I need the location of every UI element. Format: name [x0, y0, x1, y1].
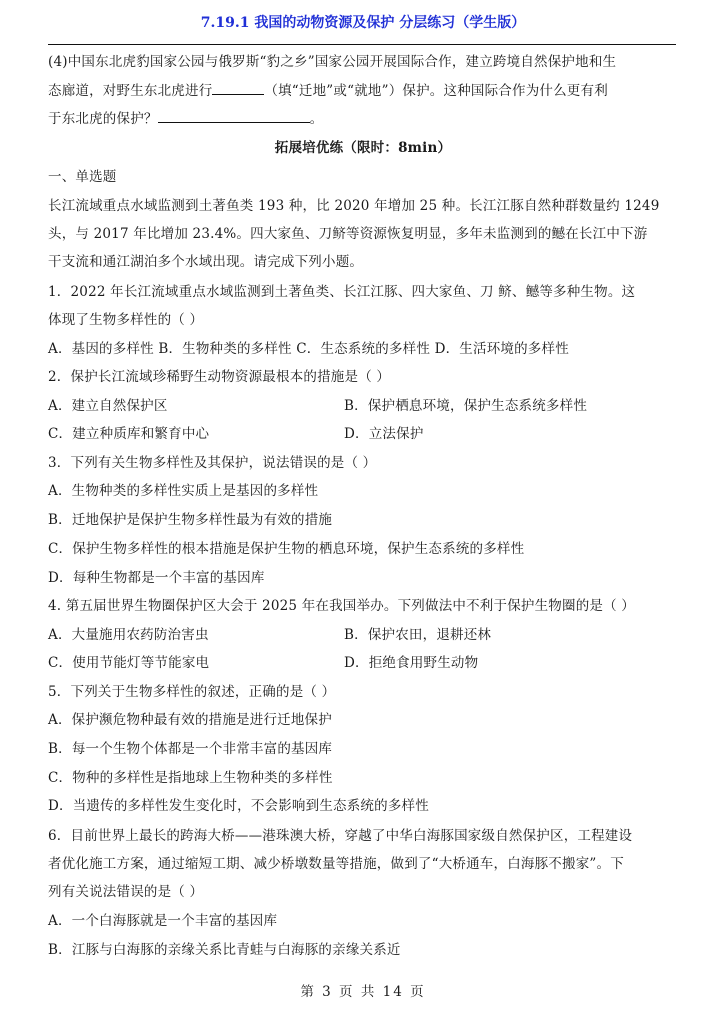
- passage-line: 干支流和通江湖泊多个水域出现。请完成下列小题。: [48, 252, 678, 272]
- header-rule: [48, 44, 676, 45]
- question-3-option-d: D．每种生物都是一个丰富的基因库: [48, 568, 678, 588]
- question-5-option-c: C．物种的多样性是指地球上生物种类的多样性: [48, 768, 678, 788]
- question-6-option-b: B．江豚与白海豚的亲缘关系比青蛙与白海豚的亲缘关系近: [48, 940, 678, 960]
- question-3-option-b: B．迁地保护是保护生物多样性最为有效的措施: [48, 510, 678, 530]
- prior-question-text: 于东北虎的保护？: [48, 111, 158, 127]
- question-3-option-c: C．保护生物多样性的根本措施是保护生物的栖息环境，保护生态系统的多样性: [48, 539, 678, 559]
- prior-question-text: （填“迁地”或“就地”）保护。这种国际合作为什么更有利: [264, 83, 608, 99]
- question-5-option-b: B．每一个生物个体都是一个非常丰富的基因库: [48, 739, 678, 759]
- question-1-options: A．基因的多样性 B．生物种类的多样性 C．生态系统的多样性 D．生活环境的多样…: [48, 339, 678, 359]
- question-6-stem: 者优化施工方案，通过缩短工期、减少桥墩数量等措施，做到了“大桥通车，白海豚不搬家…: [48, 854, 678, 874]
- answer-blank-2[interactable]: [158, 108, 310, 123]
- prior-question-line-3: 于东北虎的保护？。: [48, 108, 678, 129]
- answer-blank-1[interactable]: [212, 80, 264, 95]
- passage-line: 长江流域重点水域监测到土著鱼类 193 种，比 2020 年增加 25 种。长江…: [48, 196, 678, 216]
- question-4-option-d: D．拒绝食用野生动物: [344, 653, 674, 673]
- question-6-option-a: A．一个白海豚就是一个丰富的基因库: [48, 911, 678, 931]
- question-2-option-d: D．立法保护: [344, 424, 674, 444]
- question-3-stem: 3．下列有关生物多样性及其保护，说法错误的是（ ）: [48, 453, 678, 473]
- question-1-stem: 体现了生物多样性的（ ）: [48, 310, 678, 330]
- question-6-stem: 6．目前世界上最长的跨海大桥——港珠澳大桥，穿越了中华白海豚国家级自然保护区，工…: [48, 826, 678, 846]
- question-4-option-b: B．保护农田，退耕还林: [344, 625, 674, 645]
- passage-line: 头，与 2017 年比增加 23.4%。四大家鱼、刀鲚等资源恢复明显，多年未监测…: [48, 224, 678, 244]
- page-title: 7.19.1 我国的动物资源及保护 分层练习（学生版）: [0, 12, 726, 34]
- question-5-option-a: A．保护濒危物种最有效的措施是进行迁地保护: [48, 710, 678, 730]
- section-heading: 拓展培优练（限时：8min）: [0, 138, 726, 158]
- prior-question-line-2: 态廊道，对野生东北虎进行（填“迁地”或“就地”）保护。这种国际合作为什么更有利: [48, 80, 678, 101]
- question-6-stem: 列有关说法错误的是（ ）: [48, 882, 678, 902]
- page-indicator: 第 3 页 共 14 页: [0, 982, 726, 1002]
- question-2-stem: 2．保护长江流域珍稀野生动物资源最根本的措施是（ ）: [48, 367, 678, 387]
- question-5-stem: 5．下列关于生物多样性的叙述，正确的是（ ）: [48, 682, 678, 702]
- prior-question-text: 。: [310, 111, 324, 127]
- part-heading: 一、单选题: [48, 167, 678, 187]
- question-4-stem: 4. 第五届世界生物圈保护区大会于 2025 年在我国举办。下列做法中不利于保护…: [48, 596, 678, 616]
- prior-question-text: 态廊道，对野生东北虎进行: [48, 83, 212, 99]
- question-5-option-d: D．当遗传的多样性发生变化时，不会影响到生态系统的多样性: [48, 796, 678, 816]
- question-2-option-b: B．保护栖息环境，保护生态系统多样性: [344, 396, 674, 416]
- question-1-stem: 1．2022 年长江流域重点水域监测到土著鱼类、长江江豚、四大家鱼、刀 鲚、鳡等…: [48, 282, 678, 302]
- prior-question-line-1: (4)中国东北虎豹国家公园与俄罗斯“豹之乡”国家公园开展国际合作，建立跨境自然保…: [48, 52, 678, 72]
- question-3-option-a: A．生物种类的多样性实质上是基因的多样性: [48, 481, 678, 501]
